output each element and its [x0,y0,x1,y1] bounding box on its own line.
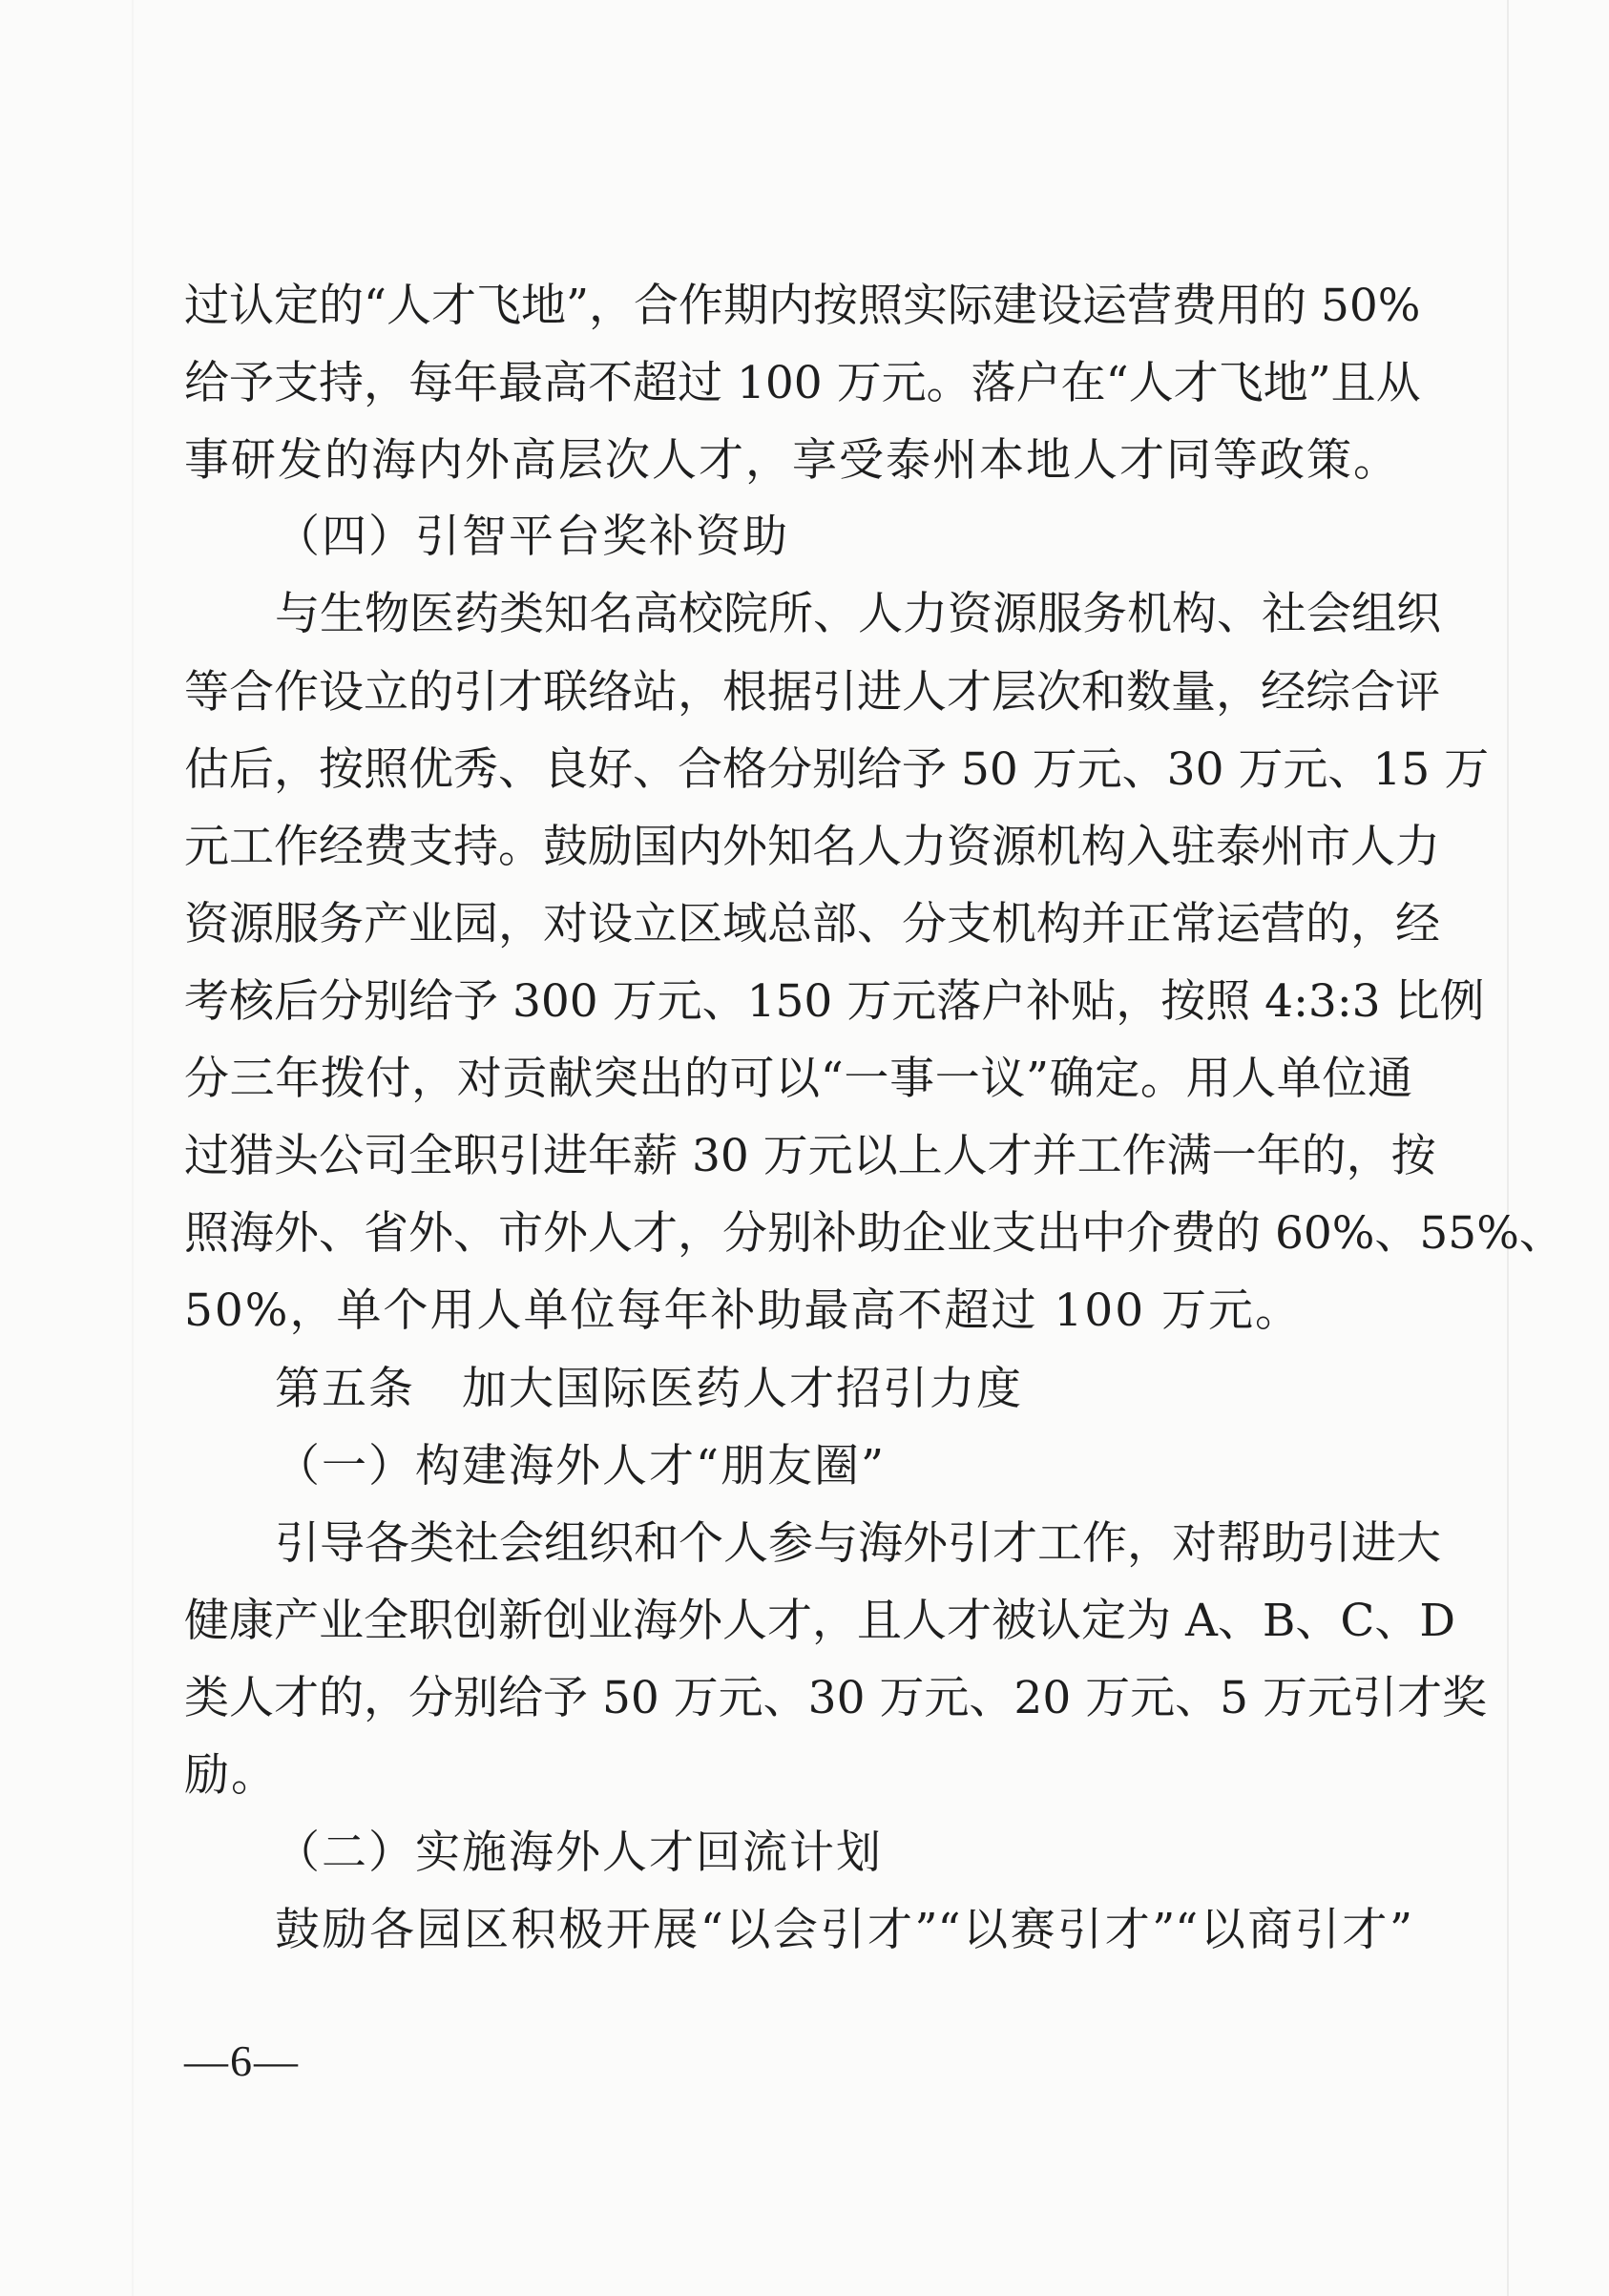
page-number: —6— [184,2033,300,2090]
text-line: 元工作经费支持。鼓励国内外知名人力资源机构入驻泰州市人力 [184,808,1412,886]
text-line: 过认定的“人才飞地”，合作期内按照实际建设运营费用的 50% [184,267,1412,344]
text-line: 鼓励各园区积极开展“以会引才”“以赛引才”“以商引才” [275,1891,1412,1969]
text-line: 考核后分别给予 300 万元、150 万元落户补贴，按照 4:3:3 比例 [184,963,1412,1040]
text-line: 50%，单个用人单位每年补助最高不超过 100 万元。 [184,1272,1412,1349]
text-line: 励。 [184,1737,1412,1814]
text-line: 类人才的，分别给予 50 万元、30 万元、20 万元、5 万元引才奖 [184,1659,1412,1737]
text-line: 给予支持，每年最高不超过 100 万元。落户在“人才飞地”且从 [184,344,1412,422]
scan-edge-left [132,0,134,2296]
text-line: 过猎头公司全职引进年薪 30 万元以上人才并工作满一年的，按 [184,1117,1412,1195]
section-heading-2: （二）实施海外人才回流计划 [275,1814,1412,1891]
section-heading-4: （四）引智平台奖补资助 [275,498,1412,575]
text-line: 资源服务产业园，对设立区域总部、分支机构并正常运营的，经 [184,886,1412,963]
text-line: 健康产业全职创新创业海外人才，且人才被认定为 A、B、C、D [184,1582,1412,1659]
text-line: 估后，按照优秀、良好、合格分别给予 50 万元、30 万元、15 万 [184,731,1412,808]
section-heading-1: （一）构建海外人才“朋友圈” [275,1428,1412,1505]
text-line: 等合作设立的引才联络站，根据引进人才层次和数量，经综合评 [184,654,1412,731]
text-line: 照海外、省外、市外人才，分别补助企业支出中介费的 60%、55%、 [184,1195,1412,1272]
scan-edge-right [1507,0,1509,2296]
text-line: 与生物医药类知名高校院所、人力资源服务机构、社会组织 [275,575,1412,653]
text-line: 引导各类社会组织和个人参与海外引才工作，对帮助引进大 [275,1505,1412,1582]
text-line: 分三年拨付，对贡献突出的可以“一事一议”确定。用人单位通 [184,1040,1412,1117]
article-heading-5: 第五条 加大国际医药人才招引力度 [275,1350,1412,1428]
text-line: 事研发的海内外高层次人才，享受泰州本地人才同等政策。 [184,422,1412,499]
